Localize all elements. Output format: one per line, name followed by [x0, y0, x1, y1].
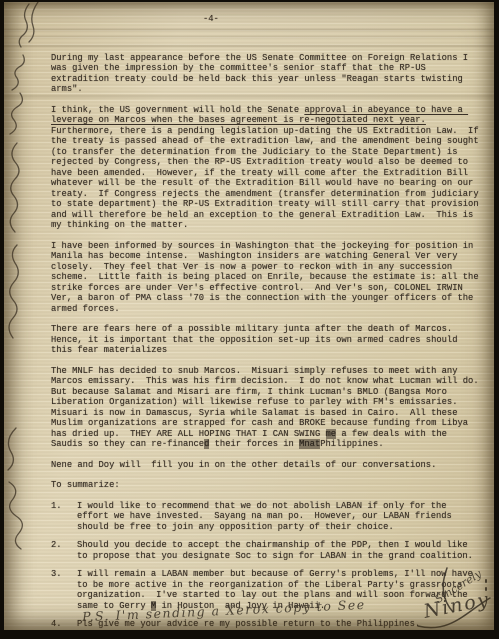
paper-page: -4- During my last appearance before the…	[4, 2, 494, 630]
paragraph: I think, the US government will hold the…	[51, 105, 479, 231]
margin-bracket-icon	[8, 428, 16, 470]
list-item-number: 4.	[51, 619, 77, 630]
text-run: Philippines.	[320, 439, 383, 449]
paragraph: During my last appearance before the US …	[51, 53, 479, 95]
list-item-number: 3.	[51, 569, 77, 611]
text-run: During my last appearance before the US …	[51, 53, 473, 95]
text-run: their forces in	[209, 439, 299, 449]
text-run: To summarize:	[51, 480, 120, 490]
paragraphs-container: During my last appearance before the US …	[51, 53, 479, 491]
paragraph: Nene and Doy will fill you in on the oth…	[51, 460, 479, 471]
text-struck: Mnat	[299, 439, 320, 449]
list-item-text: Should you decide to accept the chairman…	[77, 540, 479, 561]
text-run: Nene and Doy will fill you in on the oth…	[51, 460, 436, 470]
text-run: Should you decide to accept the chairman…	[77, 540, 473, 561]
list-item-number: 1.	[51, 501, 77, 533]
scanned-letter-screenshot: { "page": { "page_number": "-4-", "paper…	[0, 0, 499, 639]
margin-note-scribble-icon	[12, 55, 24, 90]
text-run: I have been informed by sources in Washi…	[51, 241, 484, 314]
list-item: 2.Should you decide to accept the chairm…	[51, 540, 479, 561]
page-number: -4-	[203, 14, 233, 25]
text-struck: me	[326, 429, 337, 439]
text-run: I think, the US government will hold the…	[51, 105, 304, 115]
text-run: Furthermore, there is a pending legislat…	[51, 115, 484, 230]
paragraph: I have been informed by sources in Washi…	[51, 241, 479, 315]
typed-letter-body: -4- During my last appearance before the…	[51, 14, 479, 630]
list-item: 1.I would like to recommend that we do n…	[51, 501, 479, 533]
list-item-number: 2.	[51, 540, 77, 561]
text-run: There are fears here of a possible milit…	[51, 324, 463, 355]
text-run: I would like to recommend that we do not…	[77, 501, 457, 532]
corner-scribble-icon	[19, 4, 29, 47]
list-item-text: I would like to recommend that we do not…	[77, 501, 479, 533]
paragraph: To summarize:	[51, 480, 479, 491]
paragraph: There are fears here of a possible milit…	[51, 324, 479, 356]
paragraph: The MNLF has decided to snub Marcos. Mis…	[51, 366, 479, 450]
